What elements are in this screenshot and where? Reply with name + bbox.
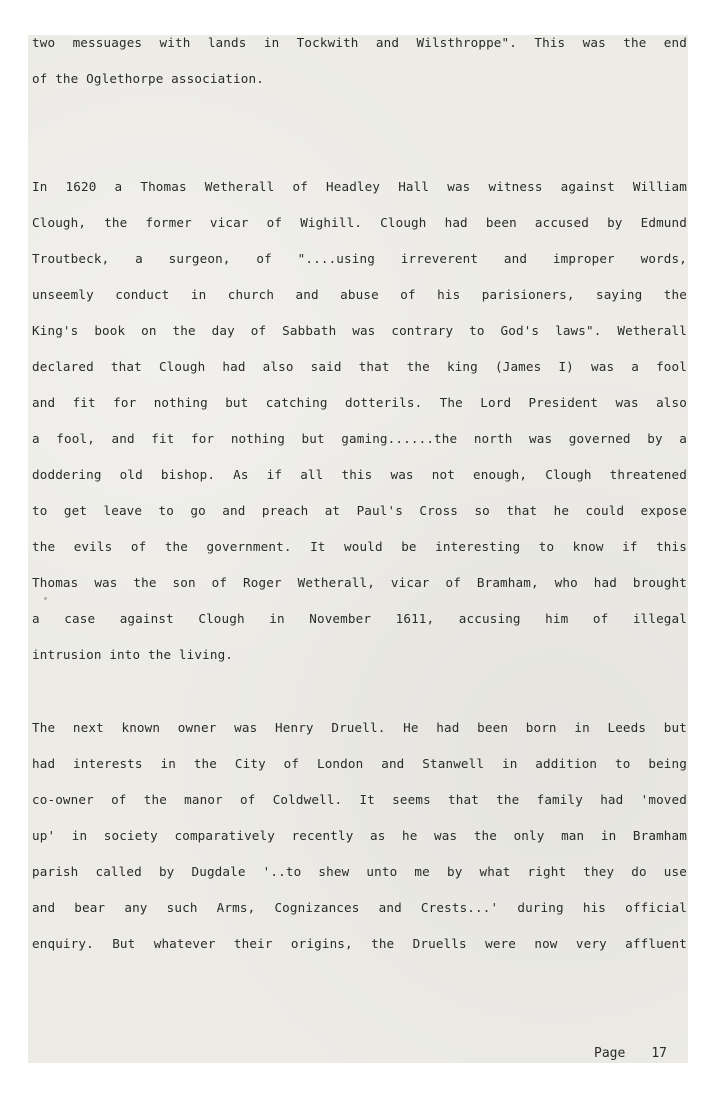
text-line: declared that Clough had also said that … <box>32 359 687 375</box>
text-line: doddering old bishop. As if all this was… <box>32 467 687 483</box>
text-line: to get leave to go and preach at Paul's … <box>32 503 687 519</box>
text-line: the evils of the government. It would be… <box>32 539 687 555</box>
text-line: and bear any such Arms, Cognizances and … <box>32 900 687 916</box>
text-line: parish called by Dugdale '..to shew unto… <box>32 864 687 880</box>
text-line: unseemly conduct in church and abuse of … <box>32 287 687 303</box>
text-line: Thomas was the son of Roger Wetherall, v… <box>32 575 687 591</box>
text-line: King's book on the day of Sabbath was co… <box>32 323 687 339</box>
text-line: The next known owner was Henry Druell. H… <box>32 720 687 736</box>
text-line: up' in society comparatively recently as… <box>32 828 687 844</box>
scan-speck <box>44 597 47 600</box>
text-line: co-owner of the manor of Coldwell. It se… <box>32 792 687 808</box>
document-page: two messuages with lands in Tockwith and… <box>28 35 688 1063</box>
page-footer: Page17 <box>594 1046 667 1061</box>
text-line: a case against Clough in November 1611, … <box>32 611 687 627</box>
text-line: two messuages with lands in Tockwith and… <box>32 35 687 51</box>
text-line: of the Oglethorpe association. <box>32 71 687 87</box>
text-line: enquiry. But whatever their origins, the… <box>32 936 687 952</box>
page-number: 17 <box>651 1046 667 1061</box>
text-line: Clough, the former vicar of Wighill. Clo… <box>32 215 687 231</box>
text-line: In 1620 a Thomas Wetherall of Headley Ha… <box>32 179 687 195</box>
page-label: Page <box>594 1046 625 1061</box>
text-line: a fool, and fit for nothing but gaming..… <box>32 431 687 447</box>
text-line: had interests in the City of London and … <box>32 756 687 772</box>
text-line: and fit for nothing but catching dotteri… <box>32 395 687 411</box>
text-line: Troutbeck, a surgeon, of "....using irre… <box>32 251 687 267</box>
text-line: intrusion into the living. <box>32 647 687 663</box>
